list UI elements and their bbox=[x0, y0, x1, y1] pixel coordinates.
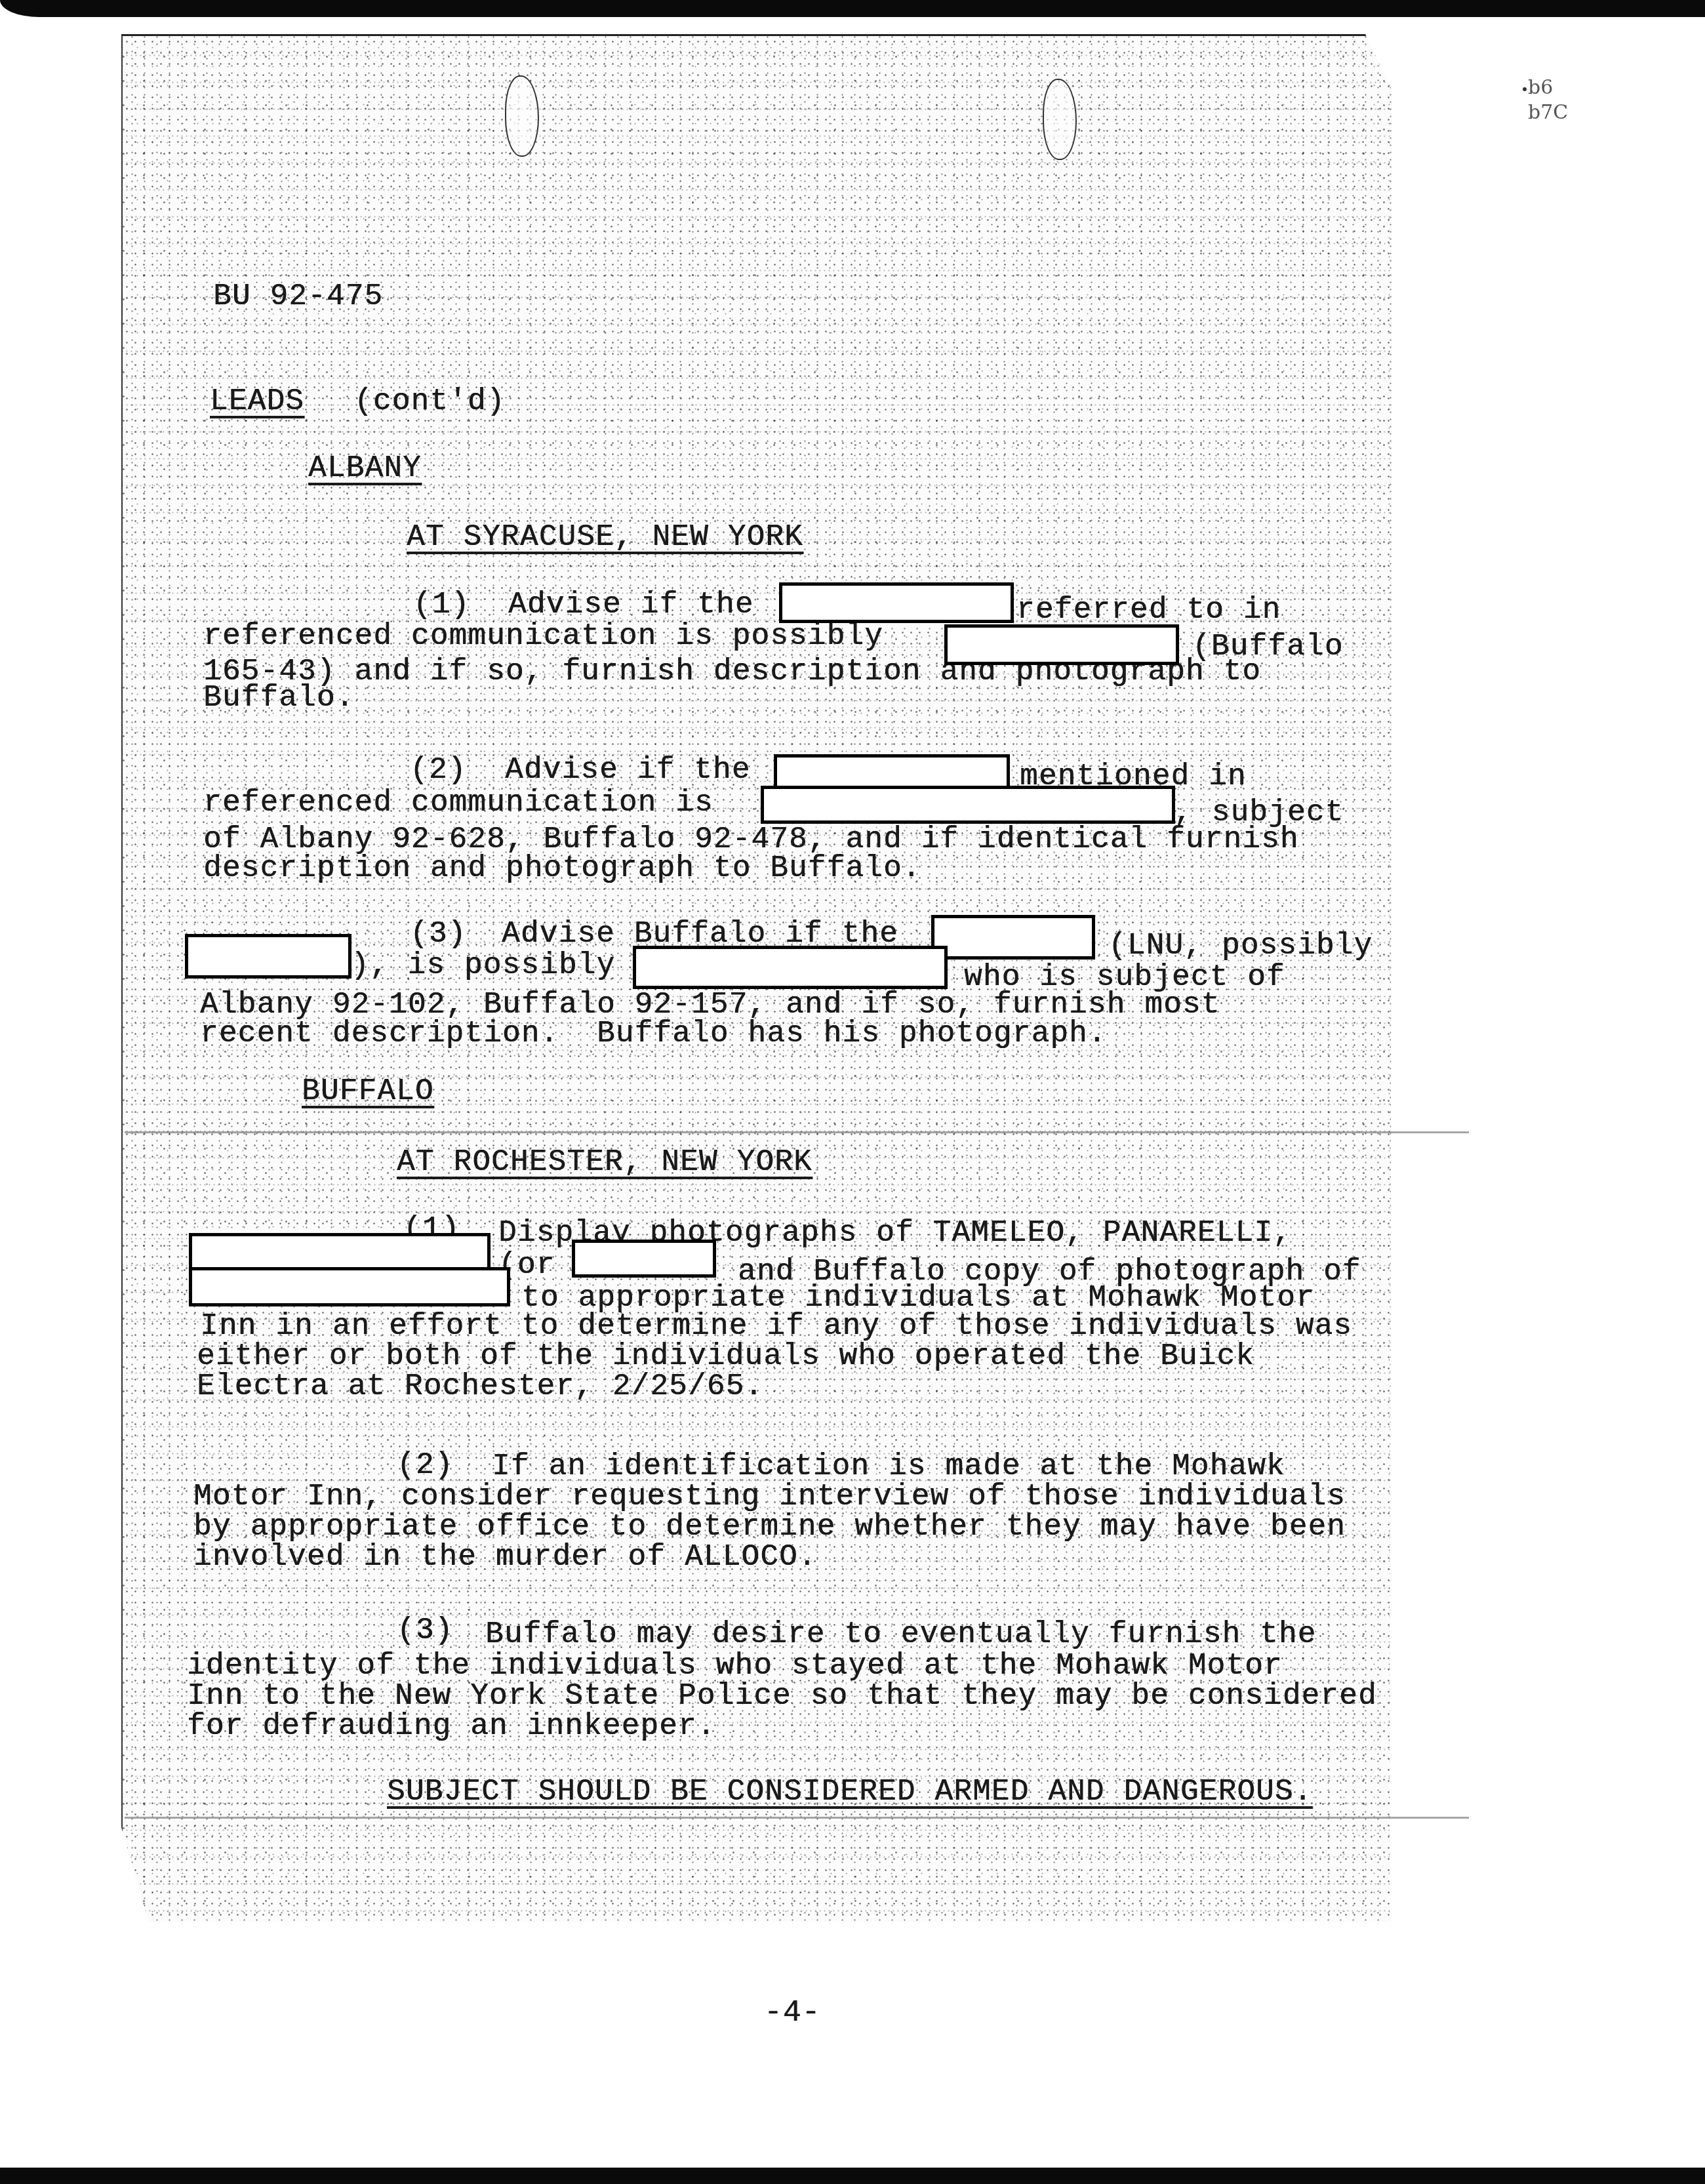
paragraph-text: Inn to the New York State Police so that… bbox=[187, 1680, 1377, 1712]
page-number: -4- bbox=[764, 1997, 820, 2029]
paragraph-text: Buffalo may desire to eventually furnish… bbox=[485, 1619, 1316, 1650]
paragraph-text: Buffalo. bbox=[203, 682, 354, 714]
paragraph-text: (LNU, possibly bbox=[1108, 930, 1373, 961]
paragraph-number: (2) bbox=[410, 754, 466, 786]
redaction-box bbox=[761, 786, 1175, 824]
paragraph-text: of Albany 92-628, Buffalo 92-478, and if… bbox=[203, 824, 1299, 855]
paragraph-text: Inn in an effort to determine if any of … bbox=[200, 1310, 1352, 1342]
paragraph-text: ), is possibly bbox=[351, 950, 615, 981]
paragraph-text: involved in the murder of ALLOCO. bbox=[193, 1541, 817, 1573]
file-number: BU 92-475 bbox=[213, 281, 383, 312]
office-heading-albany: ALBANY bbox=[308, 453, 422, 484]
redaction-box bbox=[633, 946, 948, 989]
redaction-box bbox=[185, 934, 351, 979]
paragraph-text: recent description. Buffalo has his phot… bbox=[200, 1018, 1107, 1049]
paragraph-text: by appropriate office to determine wheth… bbox=[193, 1511, 1346, 1543]
paragraph-text: Motor Inn, consider requesting interview… bbox=[193, 1481, 1346, 1512]
location-heading-rochester: AT ROCHESTER, NEW YORK bbox=[397, 1146, 812, 1178]
paragraph-text: Electra at Rochester, 2/25/65. bbox=[197, 1371, 763, 1402]
paragraph-text: either or both of the individuals who op… bbox=[197, 1341, 1254, 1372]
paragraph-text: Advise if the bbox=[505, 754, 750, 786]
paragraph-number: (1) bbox=[413, 589, 470, 620]
armed-and-dangerous-warning: SUBJECT SHOULD BE CONSIDERED ARMED AND D… bbox=[387, 1776, 1312, 1808]
section-heading: LEADS bbox=[210, 386, 304, 417]
paragraph-number: (2) bbox=[397, 1449, 453, 1481]
location-heading-syracuse: AT SYRACUSE, NEW YORK bbox=[407, 521, 803, 553]
redaction-box bbox=[944, 624, 1179, 665]
redaction-box bbox=[931, 915, 1095, 960]
redaction-box bbox=[189, 1267, 510, 1306]
paragraph-text: referenced communication is bbox=[203, 787, 713, 819]
margin-dot bbox=[1523, 87, 1527, 91]
paragraph-text: If an identification is made at the Moha… bbox=[492, 1451, 1285, 1482]
paragraph-text: referenced communication is possibly bbox=[203, 620, 883, 652]
redaction-box bbox=[779, 582, 1014, 623]
paragraph-text: for defrauding an innkeeper. bbox=[187, 1710, 716, 1742]
redaction-box bbox=[572, 1240, 716, 1278]
paragraph-number: (3) bbox=[410, 918, 466, 950]
document-body: BU 92-475 LEADS (cont'd) ALBANY AT SYRAC… bbox=[0, 0, 1705, 2184]
exemption-codes: b6 b7C bbox=[1528, 75, 1568, 125]
section-heading-suffix: (cont'd) bbox=[354, 386, 505, 417]
exemption-b6: b6 bbox=[1528, 75, 1568, 100]
paragraph-text: description and photograph to Buffalo. bbox=[203, 853, 921, 884]
paragraph-text: referred to in bbox=[1016, 594, 1281, 626]
paragraph-text: Advise Buffalo if the bbox=[502, 918, 898, 950]
office-heading-buffalo: BUFFALO bbox=[302, 1076, 434, 1107]
paragraph-text: identity of the individuals who stayed a… bbox=[187, 1650, 1283, 1682]
redaction-box bbox=[189, 1233, 491, 1272]
paragraph-number: (3) bbox=[397, 1615, 453, 1646]
paragraph-text: Albany 92-102, Buffalo 92-157, and if so… bbox=[200, 989, 1220, 1021]
paragraph-text: Advise if the bbox=[508, 589, 753, 620]
exemption-b7c: b7C bbox=[1528, 100, 1568, 125]
